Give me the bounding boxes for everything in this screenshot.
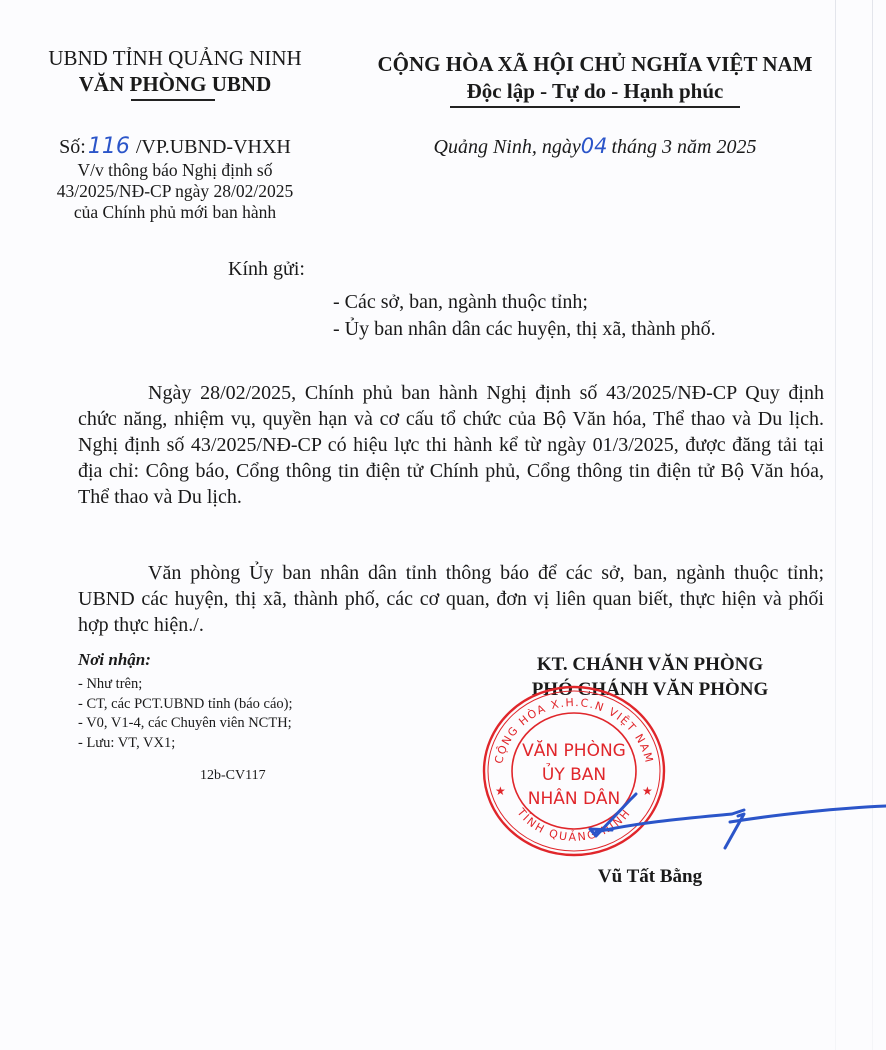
stamp-center-line: VĂN PHÒNG bbox=[522, 739, 626, 761]
date-day-handwritten: 04 bbox=[581, 134, 608, 158]
recipient-item: - V0, V1-4, các Chuyên viên NCTH; bbox=[78, 714, 293, 734]
doc-number-suffix: /VP.UBND-VHXH bbox=[136, 136, 291, 158]
recipient-item: - Như trên; bbox=[78, 675, 293, 695]
recipients-list: - Như trên; - CT, các PCT.UBND tỉnh (báo… bbox=[78, 675, 293, 753]
subject-line: 43/2025/NĐ-CP ngày 28/02/2025 bbox=[0, 181, 350, 202]
doc-number-prefix: Số: bbox=[59, 136, 86, 158]
handwritten-signature-icon bbox=[560, 770, 886, 860]
subject-line: V/v thông báo Nghị định số bbox=[0, 160, 350, 181]
document-code: 12b-CV117 bbox=[200, 768, 266, 784]
national-title: CỘNG HÒA XÃ HỘI CHỦ NGHĨA VIỆT NAM bbox=[360, 52, 830, 77]
scan-fold-line bbox=[835, 0, 836, 1050]
recipients-title: Nơi nhận: bbox=[78, 650, 151, 670]
national-motto: Độc lập - Tự do - Hạnh phúc bbox=[360, 79, 830, 104]
subject-line: của Chính phủ mới ban hành bbox=[0, 202, 350, 223]
doc-number-handwritten: 116 bbox=[88, 134, 130, 159]
date-line: Quảng Ninh, ngày04tháng 3 năm 2025 bbox=[360, 134, 830, 159]
date-rest: tháng 3 năm 2025 bbox=[611, 136, 756, 158]
addressee-item: - Các sở, ban, ngành thuộc tỉnh; bbox=[333, 289, 716, 316]
addressee-list: - Các sở, ban, ngành thuộc tỉnh; - Ủy ba… bbox=[333, 289, 716, 343]
body-paragraph: Văn phòng Ủy ban nhân dân tỉnh thông báo… bbox=[78, 560, 824, 638]
star-icon: ★ bbox=[495, 784, 506, 798]
motto-underline bbox=[450, 106, 740, 108]
date-place: Quảng Ninh, ngày bbox=[434, 136, 581, 158]
addressee-label: Kính gửi: bbox=[228, 258, 305, 281]
body-paragraph: Ngày 28/02/2025, Chính phủ ban hành Nghị… bbox=[78, 380, 824, 510]
signature-title: KT. CHÁNH VĂN PHÒNG bbox=[470, 654, 830, 676]
subject: V/v thông báo Nghị định số 43/2025/NĐ-CP… bbox=[0, 160, 350, 223]
document-number: Số:116/VP.UBND-VHXH bbox=[0, 134, 350, 159]
recipient-item: - CT, các PCT.UBND tỉnh (báo cáo); bbox=[78, 695, 293, 715]
agency-name: VĂN PHÒNG UBND bbox=[0, 72, 350, 97]
document-page: UBND TỈNH QUẢNG NINH VĂN PHÒNG UBND Số:1… bbox=[0, 0, 886, 1050]
addressee-item: - Ủy ban nhân dân các huyện, thị xã, thà… bbox=[333, 316, 716, 343]
agency-parent: UBND TỈNH QUẢNG NINH bbox=[0, 46, 350, 71]
scan-fold-line bbox=[872, 0, 873, 1050]
recipient-item: - Lưu: VT, VX1; bbox=[78, 734, 293, 754]
signer-name: Vũ Tất Bằng bbox=[470, 866, 830, 888]
agency-underline bbox=[131, 99, 215, 101]
